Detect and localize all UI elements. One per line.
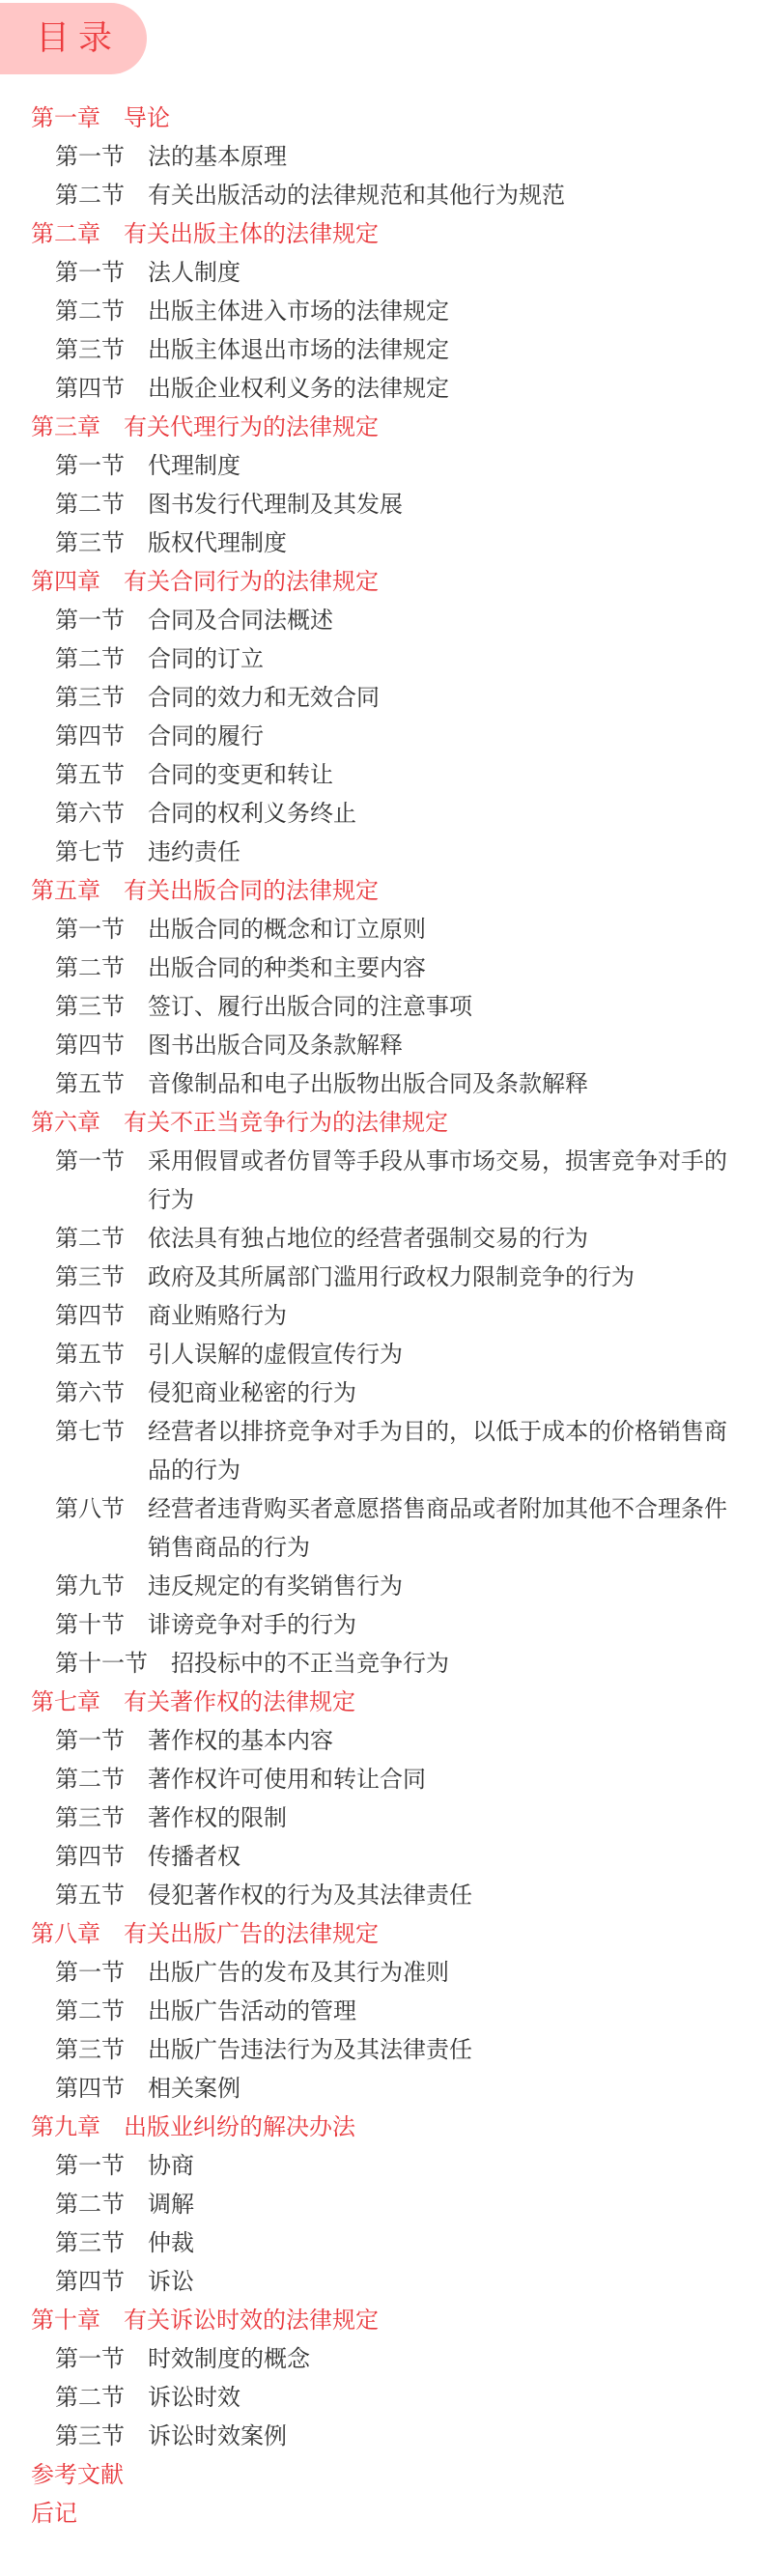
toc-section[interactable]: 第五节 合同的变更和转让 xyxy=(0,755,763,794)
chapter-title: 有关诉讼时效的法律规定 xyxy=(124,2301,379,2339)
chapter-title: 有关代理行为的法律规定 xyxy=(124,408,379,446)
chapter-number: 第十章 xyxy=(31,2301,100,2339)
references-title: 参考文献 xyxy=(31,2455,124,2494)
section-number: 第五节 xyxy=(55,1876,125,1914)
section-title: 经营者违背购买者意愿搭售商品或者附加其他不合理条件销售商品的行为 xyxy=(148,1489,729,1567)
section-title: 代理制度 xyxy=(148,446,240,485)
afterword-title: 后记 xyxy=(31,2494,77,2533)
section-title: 协商 xyxy=(148,2146,194,2185)
section-title: 图书发行代理制及其发展 xyxy=(148,485,403,524)
section-title: 音像制品和电子出版物出版合同及条款解释 xyxy=(148,1064,588,1103)
section-title: 相关案例 xyxy=(148,2069,240,2108)
section-title: 依法具有独占地位的经营者强制交易的行为 xyxy=(148,1219,588,1258)
toc-section[interactable]: 第三节 出版广告违法行为及其法律责任 xyxy=(0,2030,763,2069)
section-number: 第一节 xyxy=(55,446,125,485)
toc-section[interactable]: 第三节 出版主体退出市场的法律规定 xyxy=(0,330,763,369)
toc-chapter[interactable]: 第二章 有关出版主体的法律规定 xyxy=(0,214,763,253)
toc-section[interactable]: 第十一节 招投标中的不正当竞争行为 xyxy=(0,1644,763,1683)
toc-section[interactable]: 第二节 调解 xyxy=(0,2185,763,2223)
toc-section[interactable]: 第一节 著作权的基本内容 xyxy=(0,1721,763,1760)
section-title: 出版广告违法行为及其法律责任 xyxy=(148,2030,472,2069)
section-number: 第一节 xyxy=(55,1142,125,1219)
section-title: 商业贿赂行为 xyxy=(148,1296,287,1335)
section-number: 第三节 xyxy=(55,2223,125,2262)
section-title: 时效制度的概念 xyxy=(148,2339,310,2378)
section-number: 第二节 xyxy=(55,1760,125,1798)
section-number: 第一节 xyxy=(55,253,125,292)
section-number: 第三节 xyxy=(55,1258,125,1296)
section-number: 第五节 xyxy=(55,755,125,794)
section-number: 第三节 xyxy=(55,2030,125,2069)
section-number: 第四节 xyxy=(55,717,125,755)
section-title: 合同及合同法概述 xyxy=(148,601,333,639)
section-title: 签订、履行出版合同的注意事项 xyxy=(148,987,472,1026)
chapter-title: 有关著作权的法律规定 xyxy=(124,1683,355,1721)
toc-section[interactable]: 第一节 出版广告的发布及其行为准则 xyxy=(0,1953,763,1992)
toc-section[interactable]: 第五节 音像制品和电子出版物出版合同及条款解释 xyxy=(0,1064,763,1103)
toc-section[interactable]: 第一节 时效制度的概念 xyxy=(0,2339,763,2378)
toc-section[interactable]: 第一节 合同及合同法概述 xyxy=(0,601,763,639)
section-number: 第六节 xyxy=(55,794,125,833)
section-title: 侵犯商业秘密的行为 xyxy=(148,1373,356,1412)
toc-section[interactable]: 第二节 出版广告活动的管理 xyxy=(0,1992,763,2030)
section-number: 第二节 xyxy=(55,176,125,214)
toc-section[interactable]: 第三节 签订、履行出版合同的注意事项 xyxy=(0,987,763,1026)
toc-section[interactable]: 第四节 相关案例 xyxy=(0,2069,763,2108)
toc-section[interactable]: 第四节 诉讼 xyxy=(0,2262,763,2301)
section-title: 出版主体退出市场的法律规定 xyxy=(148,330,449,369)
section-title: 法人制度 xyxy=(148,253,240,292)
section-title: 合同的订立 xyxy=(148,639,264,678)
toc-afterword[interactable]: 后记 xyxy=(0,2494,763,2533)
toc-section[interactable]: 第二节 诉讼时效 xyxy=(0,2378,763,2417)
section-number: 第一节 xyxy=(55,1953,125,1992)
toc-chapter[interactable]: 第九章 出版业纠纷的解决办法 xyxy=(0,2108,763,2146)
section-title: 出版广告活动的管理 xyxy=(148,1992,356,2030)
section-number: 第四节 xyxy=(55,1026,125,1064)
section-number: 第四节 xyxy=(55,1296,125,1335)
toc-section[interactable]: 第四节 图书出版合同及条款解释 xyxy=(0,1026,763,1064)
section-number: 第七节 xyxy=(55,833,125,871)
section-number: 第四节 xyxy=(55,2069,125,2108)
section-number: 第二节 xyxy=(55,485,125,524)
section-number: 第三节 xyxy=(55,2417,125,2455)
section-title: 诉讼 xyxy=(148,2262,194,2301)
section-title: 合同的效力和无效合同 xyxy=(148,678,380,717)
section-number: 第一节 xyxy=(55,2146,125,2185)
toc-section[interactable]: 第二节 出版主体进入市场的法律规定 xyxy=(0,292,763,330)
toc-section[interactable]: 第六节 侵犯商业秘密的行为 xyxy=(0,1373,763,1412)
chapter-number: 第七章 xyxy=(31,1683,100,1721)
chapter-title: 有关出版合同的法律规定 xyxy=(124,871,379,910)
section-number: 第十一节 xyxy=(55,1644,148,1683)
chapter-title: 有关合同行为的法律规定 xyxy=(124,562,379,601)
chapter-title: 有关出版主体的法律规定 xyxy=(124,214,379,253)
chapter-number: 第五章 xyxy=(31,871,100,910)
section-number: 第三节 xyxy=(55,524,125,562)
chapter-title: 出版业纠纷的解决办法 xyxy=(124,2108,355,2146)
toc-section[interactable]: 第三节 著作权的限制 xyxy=(0,1798,763,1837)
section-number: 第八节 xyxy=(55,1489,125,1567)
toc-section[interactable]: 第二节 有关出版活动的法律规范和其他行为规范 xyxy=(0,176,763,214)
toc-section[interactable]: 第八节 经营者违背购买者意愿搭售商品或者附加其他不合理条件销售商品的行为 xyxy=(0,1489,763,1567)
toc-section[interactable]: 第十节 诽谤竞争对手的行为 xyxy=(0,1605,763,1644)
table-of-contents: 第一章 导论 第一节 法的基本原理 第二节 有关出版活动的法律规范和其他行为规范… xyxy=(0,99,763,2533)
toc-header-pill: 目录 xyxy=(0,3,147,74)
section-title: 著作权许可使用和转让合同 xyxy=(148,1760,426,1798)
section-title: 传播者权 xyxy=(148,1837,240,1876)
section-number: 第七节 xyxy=(55,1412,125,1489)
toc-chapter[interactable]: 第十章 有关诉讼时效的法律规定 xyxy=(0,2301,763,2339)
toc-section[interactable]: 第三节 版权代理制度 xyxy=(0,524,763,562)
toc-references[interactable]: 参考文献 xyxy=(0,2455,763,2494)
toc-section[interactable]: 第三节 仲裁 xyxy=(0,2223,763,2262)
toc-section[interactable]: 第一节 法人制度 xyxy=(0,253,763,292)
toc-chapter[interactable]: 第七章 有关著作权的法律规定 xyxy=(0,1683,763,1721)
section-title: 图书出版合同及条款解释 xyxy=(148,1026,403,1064)
section-number: 第四节 xyxy=(55,369,125,408)
chapter-number: 第八章 xyxy=(31,1914,100,1953)
section-title: 出版广告的发布及其行为准则 xyxy=(148,1953,449,1992)
section-title: 出版合同的种类和主要内容 xyxy=(148,948,426,987)
toc-chapter[interactable]: 第一章 导论 xyxy=(0,99,763,137)
section-title: 违反规定的有奖销售行为 xyxy=(148,1567,403,1605)
section-title: 侵犯著作权的行为及其法律责任 xyxy=(148,1876,472,1914)
section-number: 第二节 xyxy=(55,1992,125,2030)
toc-section[interactable]: 第三节 诉讼时效案例 xyxy=(0,2417,763,2455)
section-title: 出版主体进入市场的法律规定 xyxy=(148,292,449,330)
section-title: 诽谤竞争对手的行为 xyxy=(148,1605,356,1644)
section-title: 法的基本原理 xyxy=(148,137,287,176)
section-number: 第一节 xyxy=(55,910,125,948)
section-number: 第二节 xyxy=(55,948,125,987)
section-number: 第一节 xyxy=(55,1721,125,1760)
section-title: 诉讼时效 xyxy=(148,2378,240,2417)
toc-section[interactable]: 第二节 著作权许可使用和转让合同 xyxy=(0,1760,763,1798)
chapter-title: 导论 xyxy=(124,99,170,137)
section-number: 第九节 xyxy=(55,1567,125,1605)
toc-chapter[interactable]: 第四章 有关合同行为的法律规定 xyxy=(0,562,763,601)
toc-chapter[interactable]: 第五章 有关出版合同的法律规定 xyxy=(0,871,763,910)
section-number: 第一节 xyxy=(55,2339,125,2378)
section-number: 第三节 xyxy=(55,330,125,369)
toc-section[interactable]: 第九节 违反规定的有奖销售行为 xyxy=(0,1567,763,1605)
section-title: 调解 xyxy=(148,2185,194,2223)
section-title: 招投标中的不正当竞争行为 xyxy=(171,1644,449,1683)
toc-section[interactable]: 第一节 采用假冒或者仿冒等手段从事市场交易，损害竞争对手的行为 xyxy=(0,1142,763,1219)
section-number: 第一节 xyxy=(55,601,125,639)
section-number: 第四节 xyxy=(55,2262,125,2301)
section-number: 第二节 xyxy=(55,639,125,678)
section-title: 有关出版活动的法律规范和其他行为规范 xyxy=(148,176,565,214)
toc-section[interactable]: 第四节 合同的履行 xyxy=(0,717,763,755)
toc-section[interactable]: 第二节 依法具有独占地位的经营者强制交易的行为 xyxy=(0,1219,763,1258)
chapter-number: 第四章 xyxy=(31,562,100,601)
toc-chapter[interactable]: 第八章 有关出版广告的法律规定 xyxy=(0,1914,763,1953)
section-title: 政府及其所属部门滥用行政权力限制竞争的行为 xyxy=(148,1258,635,1296)
section-title: 出版合同的概念和订立原则 xyxy=(148,910,426,948)
section-title: 出版企业权利义务的法律规定 xyxy=(148,369,449,408)
toc-section[interactable]: 第四节 出版企业权利义务的法律规定 xyxy=(0,369,763,408)
chapter-number: 第二章 xyxy=(31,214,100,253)
chapter-number: 第九章 xyxy=(31,2108,100,2146)
section-title: 合同的变更和转让 xyxy=(148,755,333,794)
toc-section[interactable]: 第二节 图书发行代理制及其发展 xyxy=(0,485,763,524)
toc-section[interactable]: 第五节 侵犯著作权的行为及其法律责任 xyxy=(0,1876,763,1914)
toc-section[interactable]: 第一节 法的基本原理 xyxy=(0,137,763,176)
toc-section[interactable]: 第一节 出版合同的概念和订立原则 xyxy=(0,910,763,948)
section-title: 版权代理制度 xyxy=(148,524,287,562)
toc-section[interactable]: 第七节 违约责任 xyxy=(0,833,763,871)
section-number: 第三节 xyxy=(55,1798,125,1837)
section-number: 第四节 xyxy=(55,1837,125,1876)
section-number: 第二节 xyxy=(55,292,125,330)
section-title: 违约责任 xyxy=(148,833,240,871)
section-number: 第三节 xyxy=(55,987,125,1026)
chapter-number: 第六章 xyxy=(31,1103,100,1142)
toc-chapter[interactable]: 第六章 有关不正当竞争行为的法律规定 xyxy=(0,1103,763,1142)
toc-section[interactable]: 第七节 经营者以排挤竞争对手为目的，以低于成本的价格销售商品的行为 xyxy=(0,1412,763,1489)
toc-section[interactable]: 第四节 传播者权 xyxy=(0,1837,763,1876)
section-title: 合同的履行 xyxy=(148,717,264,755)
section-number: 第六节 xyxy=(55,1373,125,1412)
section-number: 第十节 xyxy=(55,1605,125,1644)
toc-section[interactable]: 第二节 出版合同的种类和主要内容 xyxy=(0,948,763,987)
section-number: 第二节 xyxy=(55,1219,125,1258)
toc-section[interactable]: 第二节 合同的订立 xyxy=(0,639,763,678)
section-number: 第一节 xyxy=(55,137,125,176)
section-title: 合同的权利义务终止 xyxy=(148,794,356,833)
section-number: 第三节 xyxy=(55,678,125,717)
section-title: 仲裁 xyxy=(148,2223,194,2262)
toc-section[interactable]: 第一节 协商 xyxy=(0,2146,763,2185)
section-number: 第二节 xyxy=(55,2378,125,2417)
section-title: 著作权的限制 xyxy=(148,1798,287,1837)
section-title: 经营者以排挤竞争对手为目的，以低于成本的价格销售商品的行为 xyxy=(148,1412,729,1489)
section-title: 诉讼时效案例 xyxy=(148,2417,287,2455)
section-title: 引人误解的虚假宣传行为 xyxy=(148,1335,403,1373)
chapter-number: 第三章 xyxy=(31,408,100,446)
toc-section[interactable]: 第六节 合同的权利义务终止 xyxy=(0,794,763,833)
chapter-title: 有关不正当竞争行为的法律规定 xyxy=(124,1103,448,1142)
page-title: 目录 xyxy=(36,3,121,74)
section-number: 第五节 xyxy=(55,1335,125,1373)
section-title: 采用假冒或者仿冒等手段从事市场交易，损害竞争对手的行为 xyxy=(148,1142,729,1219)
section-number: 第二节 xyxy=(55,2185,125,2223)
toc-chapter[interactable]: 第三章 有关代理行为的法律规定 xyxy=(0,408,763,446)
chapter-title: 有关出版广告的法律规定 xyxy=(124,1914,379,1953)
section-title: 著作权的基本内容 xyxy=(148,1721,333,1760)
toc-section[interactable]: 第四节 商业贿赂行为 xyxy=(0,1296,763,1335)
toc-section[interactable]: 第三节 合同的效力和无效合同 xyxy=(0,678,763,717)
chapter-number: 第一章 xyxy=(31,99,100,137)
toc-section[interactable]: 第三节 政府及其所属部门滥用行政权力限制竞争的行为 xyxy=(0,1258,763,1296)
toc-section[interactable]: 第五节 引人误解的虚假宣传行为 xyxy=(0,1335,763,1373)
section-number: 第五节 xyxy=(55,1064,125,1103)
toc-section[interactable]: 第一节 代理制度 xyxy=(0,446,763,485)
